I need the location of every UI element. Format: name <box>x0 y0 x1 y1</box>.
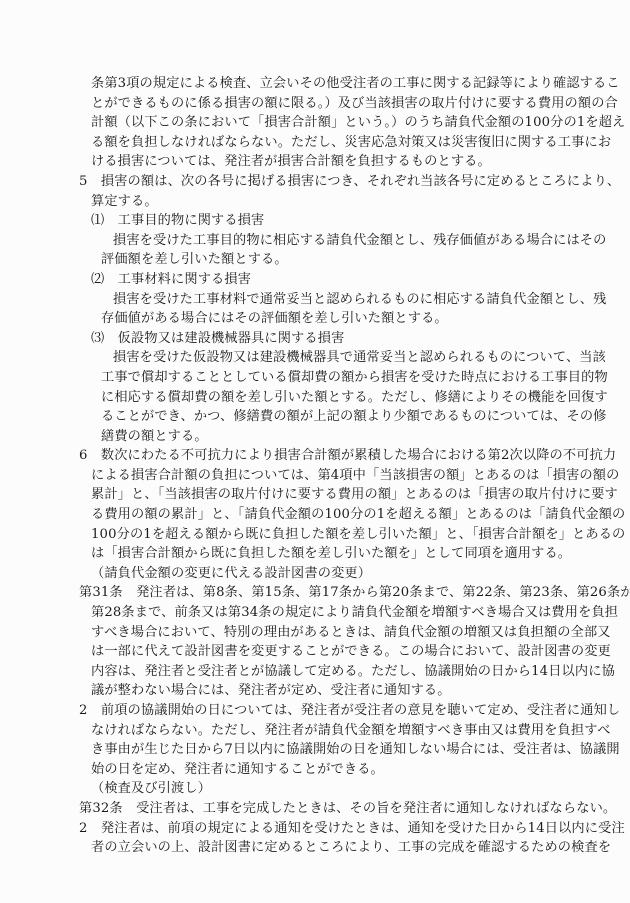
text-line-content: ⑵ 工事材料に関する損害 <box>91 270 251 290</box>
paragraph-5-start: 5 損害の額は、次の各号に掲げる損害につき、それぞれ当該各号に定めるところにより… <box>0 172 630 192</box>
text-line: 算定する。 <box>0 192 630 212</box>
text-line: ることができ、かつ、修繕費の額が上記の額より少額であるものについては、その修 <box>0 407 630 427</box>
article-32-paragraph-2-start: 2 発注者は、前項の規定による通知を受けたときは、通知を受けた日から14日以内に… <box>0 819 630 839</box>
text-line-content: 評価額を差し引いた額とする。 <box>101 250 288 270</box>
item-3-heading: ⑶ 仮設物又は建設機械器具に関する損害 <box>0 329 630 349</box>
text-line: 損害を受けた工事目的物に相応する請負代金額とし、残存価値がある場合にはその <box>0 231 630 251</box>
text-line: 工事で償却することとしている償却費の額から損害を受けた時点における工事目的物 <box>0 368 630 388</box>
text-line-content: る費用の額の累計」と、「請負代金額の100分の1を超える額」とあるのは「請負代金… <box>91 505 625 525</box>
text-line-content: （請負代金額の変更に代える設計図書の変更） <box>91 564 371 584</box>
text-line: 第28条まで、前条又は第34条の規定により請負代金額を増額すべき場合又は費用を負… <box>0 603 630 623</box>
text-line: 100分の1を超える額から既に負担した額を差し引いた額」と、「損害合計額を」とあ… <box>0 525 630 545</box>
item-2-heading: ⑵ 工事材料に関する損害 <box>0 270 630 290</box>
text-line: 計額（以下この条において「損害合計額」という。）のうち請負代金額の100分の1を… <box>0 113 630 133</box>
text-line-content: による損害合計額の負担については、第4項中「当該損害の額」とあるのは「損害の額の <box>91 466 619 486</box>
text-line: ける損害については、発注者が損害合計額を負担するものとする。 <box>0 152 630 172</box>
text-line-content: 第32条 受注者は、工事を完成したときは、その旨を発注者に通知しなければならない… <box>79 799 616 819</box>
text-line: る額を負担しなければならない。ただし、災害応急対策又は災害復旧に関する工事にお <box>0 133 630 153</box>
text-line-content: 損害を受けた工事目的物に相応する請負代金額とし、残存価値がある場合にはその <box>113 231 606 251</box>
text-line-content: 算定する。 <box>91 192 158 212</box>
text-line: 者の立会いの上、設計図書に定めるところにより、工事の完成を確認するための検査を <box>0 838 630 858</box>
text-line: る費用の額の累計」と、「請負代金額の100分の1を超える額」とあるのは「請負代金… <box>0 505 630 525</box>
document-page: 条第3項の規定による検査、立会いその他受注者の工事に関する記録等により確認するこ… <box>0 74 630 858</box>
article-32-start: 第32条 受注者は、工事を完成したときは、その旨を発注者に通知しなければならない… <box>0 799 630 819</box>
text-line: き事由が生じた日から7日以内に協議開始の日を通知しない場合には、受注者は、協議開 <box>0 740 630 760</box>
item-1-heading: ⑴ 工事目的物に関する損害 <box>0 211 630 231</box>
article-31-start: 第31条 発注者は、第8条、第15条、第17条から第20条まで、第22条、第23… <box>0 583 630 603</box>
article-31-caption: （請負代金額の変更に代える設計図書の変更） <box>0 564 630 584</box>
paragraph-6-start: 6 数次にわたる不可抗力により損害合計額が累積した場合における第2次以降の不可抗… <box>0 446 630 466</box>
text-line-content: き事由が生じた日から7日以内に協議開始の日を通知しない場合には、受注者は、協議開 <box>91 740 620 760</box>
text-line-content: すべき場合において、特別の理由があるときは、請負代金額の増額又は負担額の全部又 <box>91 623 611 643</box>
text-line-content: 始の日を定め、発注者に通知することができる。 <box>91 760 384 780</box>
text-line: とができるものに係る損害の額に限る。）及び当該損害の取片付けに要する費用の額の合 <box>0 94 630 114</box>
text-line-content: ⑶ 仮設物又は建設機械器具に関する損害 <box>91 329 344 349</box>
text-line-content: は一部に代えて設計図書を変更することができる。この場合において、設計図書の変更 <box>91 642 611 662</box>
text-line: 存価値がある場合にはその評価額を差し引いた額とする。 <box>0 309 630 329</box>
text-line: 始の日を定め、発注者に通知することができる。 <box>0 760 630 780</box>
text-line: すべき場合において、特別の理由があるときは、請負代金額の増額又は負担額の全部又 <box>0 623 630 643</box>
text-line-content: ける損害については、発注者が損害合計額を負担するものとする。 <box>91 152 491 172</box>
text-line: 条第3項の規定による検査、立会いその他受注者の工事に関する記録等により確認するこ <box>0 74 630 94</box>
text-line: 内容は、発注者と受注者とが協議して定める。ただし、協議開始の日から14日以内に協 <box>0 662 630 682</box>
article-31-paragraph-2-start: 2 前項の協議開始の日については、発注者が受注者の意見を聴いて定め、受注者に通知… <box>0 701 630 721</box>
text-line-content: 第31条 発注者は、第8条、第15条、第17条から第20条まで、第22条、第23… <box>79 583 630 603</box>
text-line-content: 議が整わない場合には、発注者が定め、受注者に通知する。 <box>91 681 451 701</box>
text-line: 損害を受けた仮設物又は建設機械器具で通常妥当と認められるものについて、当該 <box>0 348 630 368</box>
text-line-content: なければならない。ただし、発注者が請負代金額を増額すべき事由又は費用を負担すべ <box>91 721 611 741</box>
text-line-content: 5 損害の額は、次の各号に掲げる損害につき、それぞれ当該各号に定めるところにより… <box>79 172 620 192</box>
text-line-content: 6 数次にわたる不可抗力により損害合計額が累積した場合における第2次以降の不可抗… <box>79 446 616 466</box>
text-line-content: 第28条まで、前条又は第34条の規定により請負代金額を増額すべき場合又は費用を負… <box>91 603 618 623</box>
text-line-content: 工事で償却することとしている償却費の額から損害を受けた時点における工事目的物 <box>101 368 608 388</box>
text-line: 累計」と、「当該損害の取片付けに要する費用の額」とあるのは「損害の取片付けに要す <box>0 485 630 505</box>
text-line-content: 内容は、発注者と受注者とが協議して定める。ただし、協議開始の日から14日以内に協 <box>91 662 615 682</box>
text-line-content: 2 発注者は、前項の規定による通知を受けたときは、通知を受けた日から14日以内に… <box>79 819 625 839</box>
text-line-content: 存価値がある場合にはその評価額を差し引いた額とする。 <box>101 309 448 329</box>
text-line-content: 繕費の額とする。 <box>101 427 208 447</box>
text-line-content: 100分の1を超える額から既に負担した額を差し引いた額」と、「損害合計額を」とあ… <box>91 525 625 545</box>
text-line: に相応する償却費の額を差し引いた額とする。ただし、修繕によりその機能を回復す <box>0 388 630 408</box>
text-line-content: 累計」と、「当該損害の取片付けに要する費用の額」とあるのは「損害の取片付けに要す <box>91 485 618 505</box>
text-line-content: 計額（以下この条において「損害合計額」という。）のうち請負代金額の100分の1を… <box>91 113 625 133</box>
text-line: 評価額を差し引いた額とする。 <box>0 250 630 270</box>
text-line-content: 者の立会いの上、設計図書に定めるところにより、工事の完成を確認するための検査を <box>91 838 611 858</box>
text-line-content: 損害を受けた仮設物又は建設機械器具で通常妥当と認められるものについて、当該 <box>113 348 606 368</box>
text-line-content: 2 前項の協議開始の日については、発注者が受注者の意見を聴いて定め、受注者に通知… <box>79 701 620 721</box>
text-line-content: ることができ、かつ、修繕費の額が上記の額より少額であるものについては、その修 <box>101 407 607 427</box>
text-line-content: 条第3項の規定による検査、立会いその他受注者の工事に関する記録等により確認するこ <box>91 74 620 94</box>
article-32-caption: （検査及び引渡し） <box>0 779 630 799</box>
text-line: による損害合計額の負担については、第4項中「当該損害の額」とあるのは「損害の額の <box>0 466 630 486</box>
text-line: なければならない。ただし、発注者が請負代金額を増額すべき事由又は費用を負担すべ <box>0 721 630 741</box>
text-line: 議が整わない場合には、発注者が定め、受注者に通知する。 <box>0 681 630 701</box>
text-line: は「損害合計額から既に負担した額を差し引いた額を」として同項を適用する。 <box>0 544 630 564</box>
text-line-content: とができるものに係る損害の額に限る。）及び当該損害の取片付けに要する費用の額の合 <box>91 94 618 114</box>
text-line: は一部に代えて設計図書を変更することができる。この場合において、設計図書の変更 <box>0 642 630 662</box>
text-line: 損害を受けた工事材料で通常妥当と認められるものに相応する請負代金額とし、残 <box>0 290 630 310</box>
text-line-content: に相応する償却費の額を差し引いた額とする。ただし、修繕によりその機能を回復す <box>101 388 608 408</box>
text-line: 繕費の額とする。 <box>0 427 630 447</box>
text-line-content: は「損害合計額から既に負担した額を差し引いた額を」として同項を適用する。 <box>91 544 571 564</box>
text-line-content: る額を負担しなければならない。ただし、災害応急対策又は災害復旧に関する工事にお <box>91 133 611 153</box>
text-line-content: ⑴ 工事目的物に関する損害 <box>91 211 264 231</box>
text-line-content: （検査及び引渡し） <box>91 779 211 799</box>
text-line-content: 損害を受けた工事材料で通常妥当と認められるものに相応する請負代金額とし、残 <box>113 290 606 310</box>
